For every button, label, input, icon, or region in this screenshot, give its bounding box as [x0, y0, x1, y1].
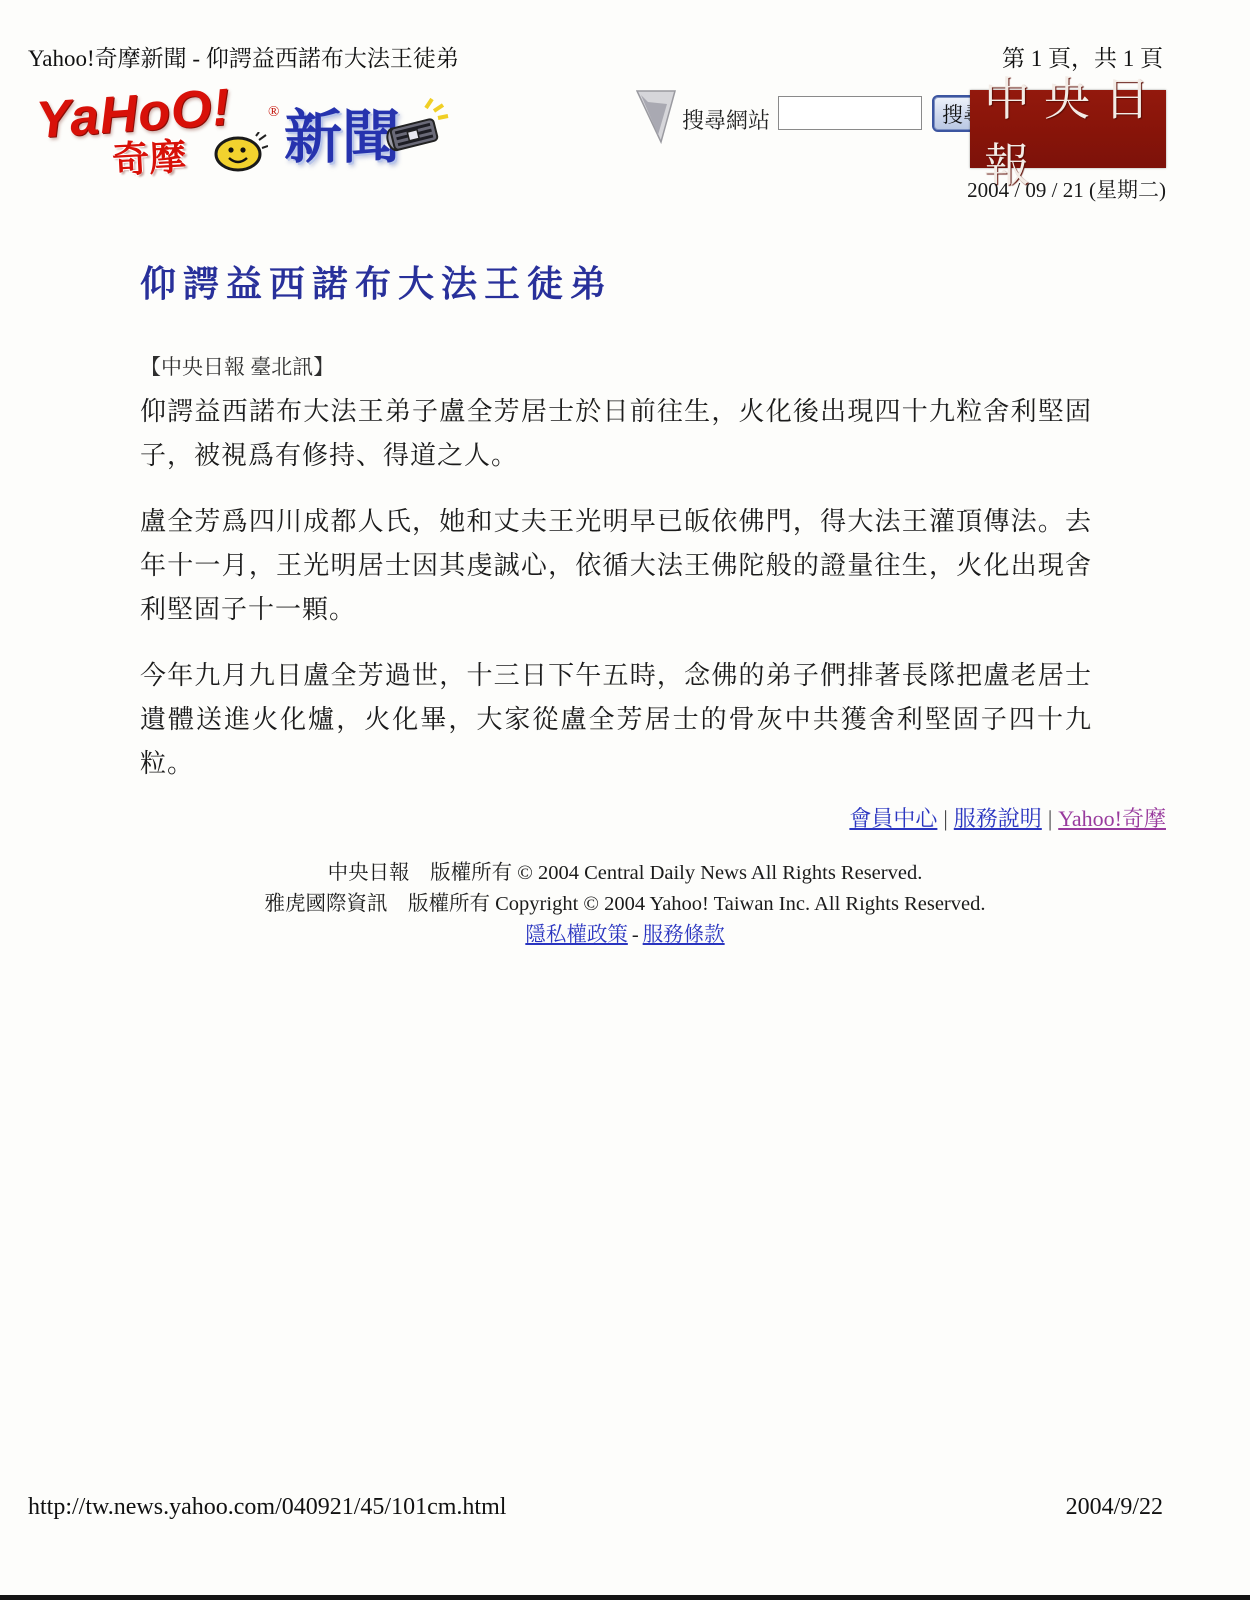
privacy-policy-link[interactable]: 隱私權政策	[525, 924, 628, 946]
footer-link-yahoo-kimo[interactable]: Yahoo!奇摩	[1058, 806, 1166, 831]
terms-of-service-link[interactable]: 服務條款	[643, 924, 725, 946]
print-footer-date: 2004/9/22	[1066, 1494, 1163, 1521]
print-footer: http://tw.news.yahoo.com/040921/45/101cm…	[28, 1494, 1163, 1521]
copyright-line-yahoo: 雅虎國際資訊 版權所有 Copyright © 2004 Yahoo! Taiw…	[0, 889, 1250, 920]
smiley-face-icon	[212, 132, 268, 174]
footer-link-help[interactable]: 服務說明	[954, 806, 1042, 831]
kimo-wordmark: 奇摩	[111, 126, 188, 184]
article-date: 2004 / 09 / 21 (星期二)	[800, 174, 1166, 204]
search-area: 搜尋網站 搜尋 會員中心|服務說明|Yahoo!奇摩	[636, 88, 976, 168]
copyright-block: 中央日報 版權所有 © 2004 Central Daily News All …	[0, 858, 1250, 951]
print-footer-url: http://tw.news.yahoo.com/040921/45/101cm…	[28, 1494, 506, 1521]
search-input[interactable]	[778, 96, 922, 130]
legal-links: 隱私權政策-服務條款	[0, 920, 1250, 951]
article-paragraph: 今年九月九日盧全芳過世，十三日下午五時，念佛的弟子們排著長隊把盧老居士遺體送進火…	[140, 654, 1092, 786]
central-daily-news-logo[interactable]: 中央日報	[970, 90, 1166, 168]
print-header-title: Yahoo!奇摩新聞 - 仰諤益西諾布大法王徒弟	[28, 40, 459, 73]
registered-trademark-symbol: ®	[268, 104, 279, 121]
link-separator: |	[937, 806, 953, 831]
copyright-line-cdn: 中央日報 版權所有 © 2004 Central Daily News All …	[0, 858, 1250, 889]
yahoo-kimo-news-logo[interactable]: YaHoO! ® 奇摩 新聞	[30, 82, 440, 182]
article-title: 仰諤益西諾布大法王徒弟	[140, 262, 1092, 306]
article-byline: 【中央日報 臺北訊】	[140, 352, 1092, 382]
article: 仰諤益西諾布大法王徒弟 【中央日報 臺北訊】 仰諤益西諾布大法王弟子盧全芳居士於…	[140, 262, 1092, 808]
newspaper-icon	[382, 96, 450, 163]
article-paragraph: 仰諤益西諾布大法王弟子盧全芳居士於日前往生，火化後出現四十九粒舍利堅固子，被視爲…	[140, 390, 1092, 478]
link-separator: |	[1042, 806, 1058, 831]
legal-links-dash: -	[628, 924, 643, 946]
printed-webpage: Yahoo!奇摩新聞 - 仰諤益西諾布大法王徒弟 第 1 頁，共 1 頁 YaH…	[0, 0, 1250, 1600]
corner-triangle-icon	[636, 90, 678, 151]
footer-links: 會員中心|服務說明|Yahoo!奇摩	[849, 802, 1166, 833]
footer-link-member-center[interactable]: 會員中心	[849, 806, 937, 831]
article-paragraph: 盧全芳爲四川成都人氏，她和丈夫王光明早已皈依佛門，得大法王灌頂傳法。去年十一月，…	[140, 500, 1092, 632]
search-label: 搜尋網站	[682, 104, 770, 135]
